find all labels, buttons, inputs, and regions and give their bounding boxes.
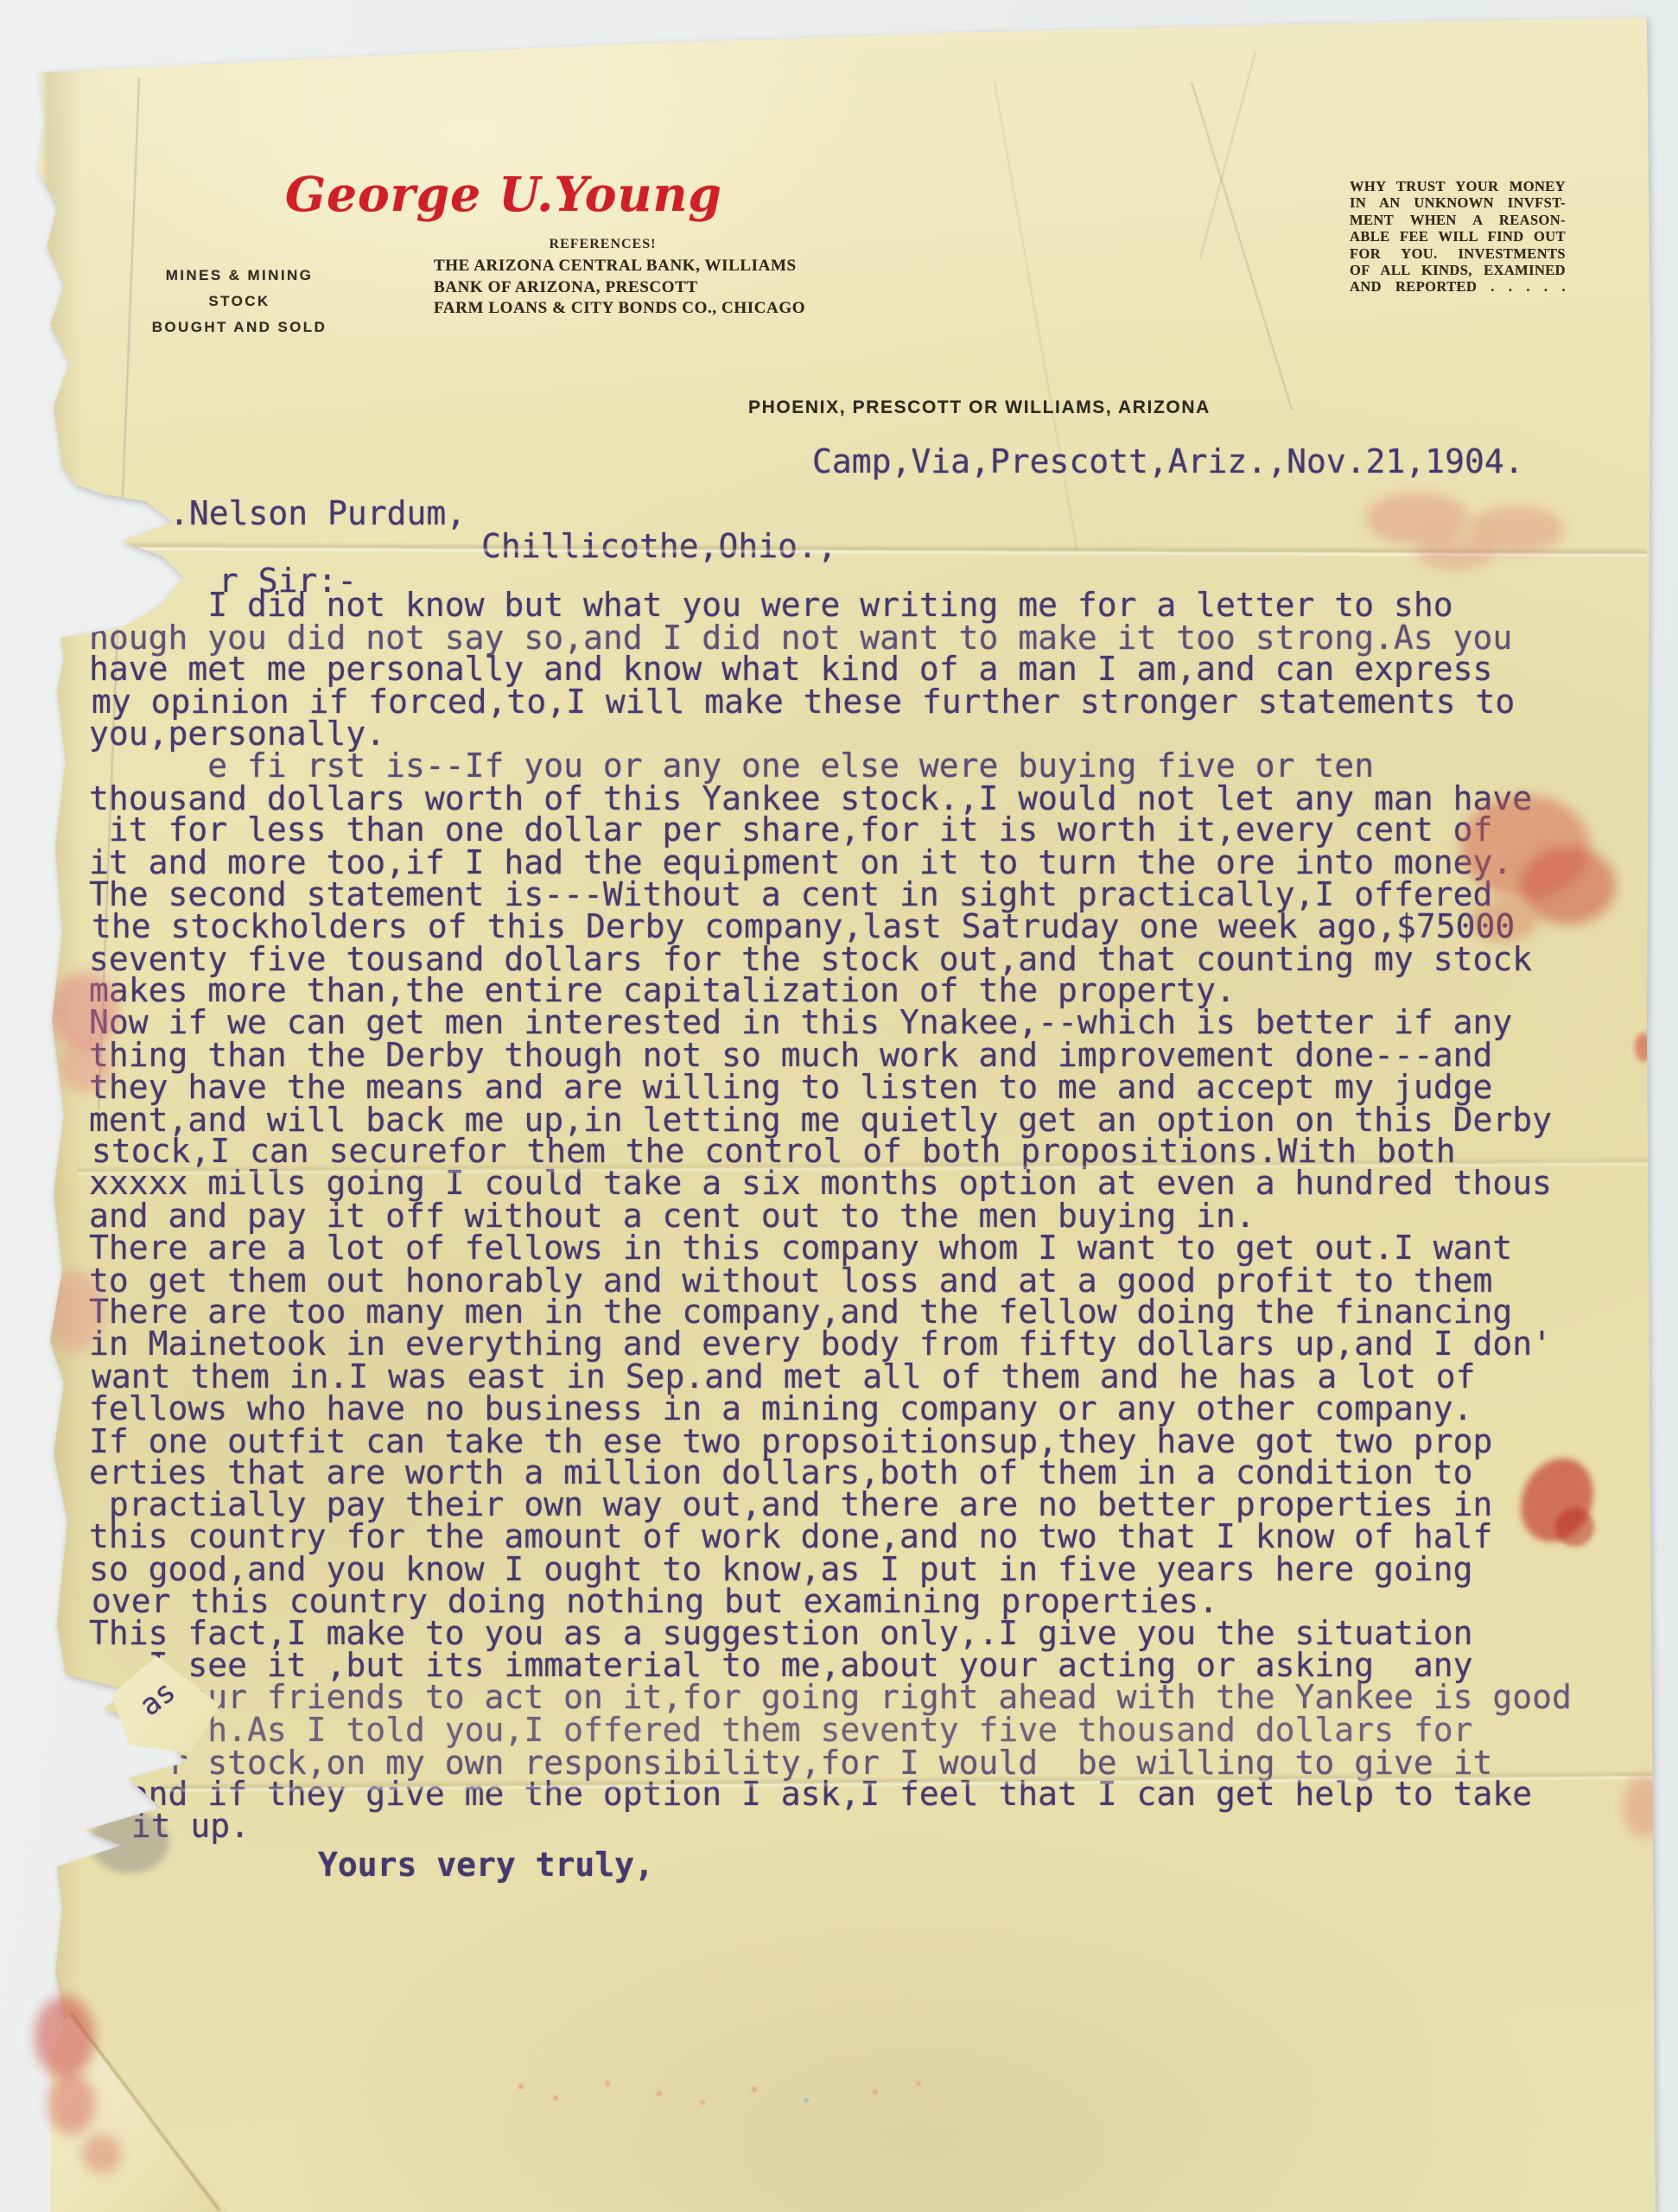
- typed-line: fellows who have no business in a mining…: [89, 1393, 1572, 1425]
- red-stain: [1555, 1508, 1594, 1547]
- cities-line: PHOENIX, PRESCOTT OR WILLIAMS, ARIZONA: [748, 397, 1211, 418]
- typed-line: it for less than one dollar per share,fo…: [89, 814, 1572, 846]
- typed-line: your friends to act on it,for going righ…: [89, 1681, 1572, 1713]
- torn-flap-text: as: [133, 1675, 182, 1724]
- promo-line: AND REPORTED . . . . .: [1350, 278, 1566, 295]
- promo-block: WHY TRUST YOUR MONEYIN AN UNKNOWN INVFST…: [1350, 178, 1566, 296]
- red-stain: [82, 2134, 121, 2173]
- typed-line: have met me personally and know what kin…: [89, 653, 1572, 685]
- typed-line: this country for the amount of work done…: [89, 1521, 1572, 1553]
- pink-stain: [1417, 536, 1495, 570]
- promo-line: IN AN UNKNOWN INVFST-: [1350, 194, 1566, 211]
- promo-line: WHY TRUST YOUR MONEY: [1350, 178, 1566, 194]
- addressee-name: .Nelson Purdum,: [169, 494, 466, 532]
- letterhead-name-script: George U.Young: [285, 166, 722, 222]
- pink-stain: [50, 972, 119, 1050]
- typed-line: over this country doing nothing but exam…: [92, 1586, 1574, 1618]
- typed-line: erties that are worth a million dollars,…: [89, 1457, 1572, 1489]
- typed-line: my opinion if forced,to,I will make thes…: [92, 686, 1574, 718]
- typed-line: practially pay their own way out,and the…: [89, 1489, 1572, 1521]
- pink-stain: [1623, 1776, 1666, 1838]
- typed-line: the stockholders of this Derby company,l…: [92, 911, 1574, 943]
- left-block-line2: BOUGHT AND SOLD: [137, 315, 342, 340]
- letter-paper: George U.Young MINES & MINING STOCK BOUG…: [0, 0, 1678, 2212]
- typed-line: and and pay it off without a cent out to…: [89, 1200, 1572, 1232]
- typed-line: in Mainetook in everything and every bod…: [89, 1328, 1572, 1360]
- typed-line: it up.: [92, 1810, 1574, 1842]
- pink-stain: [60, 1041, 112, 1093]
- scratch-line: [1191, 81, 1293, 410]
- typed-line: hough you did not say so,and I did not w…: [89, 622, 1572, 654]
- stain-speckles: [518, 2084, 524, 2089]
- letterhead-left-block: MINES & MINING STOCK BOUGHT AND SOLD: [137, 263, 342, 340]
- typed-line: This fact,I make to you as a suggestion …: [89, 1618, 1572, 1649]
- references-block: THE ARIZONA CENTRAL BANK, WILLIAMSBANK O…: [434, 256, 805, 320]
- scan-background: George U.Young MINES & MINING STOCK BOUG…: [0, 0, 1678, 2212]
- promo-line: MENT WHEN A REASON-: [1350, 212, 1566, 228]
- promo-line: FOR YOU. INVESTMENTS: [1350, 245, 1566, 262]
- typed-line: There are a lot of fellows in this compa…: [89, 1232, 1572, 1264]
- typed-line: to get them out honorably and without lo…: [89, 1265, 1572, 1297]
- scratch-line: [1199, 52, 1256, 259]
- typed-line: Now if we can get men interested in this…: [89, 1007, 1572, 1039]
- typed-line: If one outfit can take th ese two propso…: [89, 1426, 1572, 1458]
- red-stain: [1635, 1033, 1652, 1062]
- closing-line: Yours very truly,: [318, 1846, 654, 1884]
- promo-line: ABLE FEE WILL FIND OUT: [1350, 228, 1566, 245]
- promo-line: OF ALL KINDS, EXAMINED: [1350, 262, 1566, 278]
- typed-line: thousand dollars worth of this Yankee st…: [89, 783, 1572, 815]
- typed-line: There are too many men in the company,an…: [89, 1296, 1572, 1328]
- typed-line: so good,and you know I ought to know,as …: [89, 1554, 1572, 1586]
- reference-line: FARM LOANS & CITY BONDS CO., CHICAGO: [434, 298, 805, 320]
- left-edge-shadow: [45, 69, 81, 2203]
- dateline: Camp,Via,Prescott,Ariz.,Nov.21,1904.: [812, 442, 1524, 480]
- typed-line: h.As I told you,I offered them seventy f…: [89, 1714, 1572, 1746]
- typed-line: I did not know but what you were writing…: [89, 589, 1572, 621]
- red-stain: [48, 2074, 95, 2134]
- reference-line: THE ARIZONA CENTRAL BANK, WILLIAMS: [434, 256, 805, 277]
- typed-line: makes more than,the entire capitalizatio…: [89, 975, 1572, 1007]
- typed-line: you,personally.: [89, 718, 1572, 750]
- paper-sheet: George U.Young MINES & MINING STOCK BOUG…: [0, 0, 1678, 2212]
- typed-line: they have the means and are willing to l…: [89, 1071, 1572, 1103]
- typed-line: thing than the Derby though not so much …: [89, 1039, 1572, 1071]
- pink-stain: [48, 1270, 104, 1352]
- typed-line: I see it ,but its immaterial to me,about…: [89, 1649, 1572, 1681]
- typed-line: e fi rst is--If you or any one else were…: [89, 750, 1572, 782]
- typed-line: seventy five tousand dollars for the sto…: [89, 944, 1572, 976]
- typed-line: The second statement is---Without a cent…: [89, 879, 1572, 911]
- references-title: REFERENCES!: [432, 237, 773, 252]
- typed-line: want them in.I was east in Sep.and met a…: [92, 1361, 1574, 1393]
- typed-line: it and more too,if I had the equipment o…: [89, 847, 1572, 879]
- left-block-line1: MINES & MINING STOCK: [137, 263, 342, 315]
- letter-body: I did not know but what you were writing…: [89, 589, 1572, 1842]
- gray-smudge: [90, 1811, 169, 1873]
- red-stain: [1469, 899, 1538, 942]
- red-stain: [35, 1996, 95, 2078]
- reference-line: BANK OF ARIZONA, PRESCOTT: [434, 277, 805, 299]
